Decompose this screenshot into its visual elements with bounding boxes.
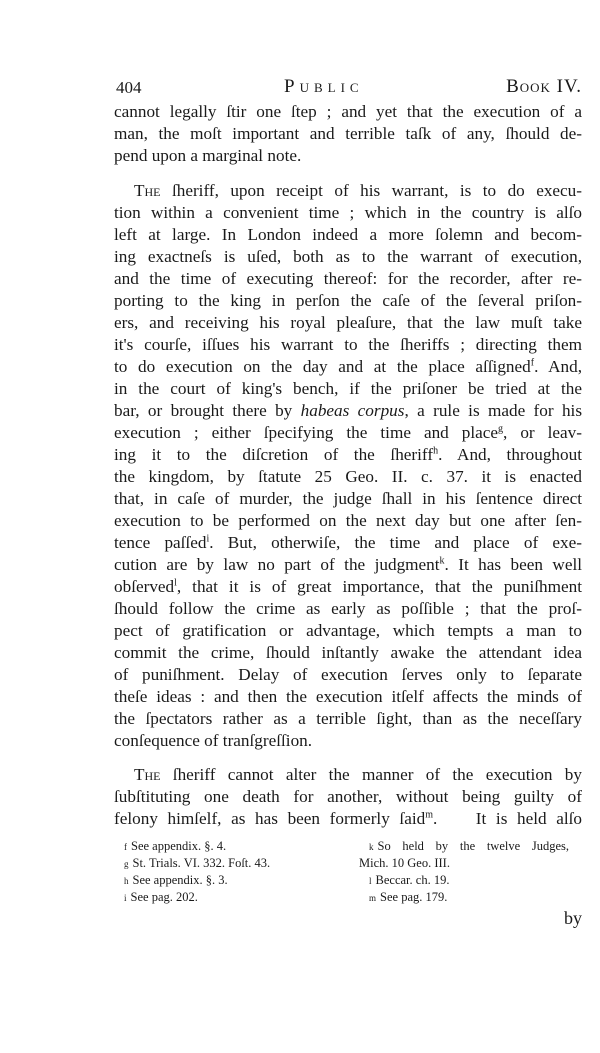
text-line: in the court of king's bench, if the pri… xyxy=(114,378,582,400)
text-line: man, the moſt important and terrible taſ… xyxy=(114,123,582,145)
text-line: pend upon a marginal note. xyxy=(114,145,582,167)
page-number: 404 xyxy=(116,78,142,98)
text-line: theſe ideas : and then the execution itſ… xyxy=(114,686,582,708)
drop-word: The xyxy=(134,765,161,784)
text-line: ing it to the diſcretion of the ſheriffh… xyxy=(114,444,582,466)
text-line: of puniſhment. Delay of execution ſerves… xyxy=(114,664,582,686)
book-label: Book IV. xyxy=(506,76,582,98)
text-line: that, in caſe of murder, the judge ſhall… xyxy=(114,488,582,510)
text-line: ers, and receiving his royal pleaſure, t… xyxy=(114,312,582,334)
footnote: hSee appendix. §. 3. xyxy=(124,872,228,890)
text-line: felony himſelf, as has been formerly ſai… xyxy=(114,808,582,830)
footnote-ref[interactable]: m xyxy=(425,809,433,820)
text-line: commit the crime, ſhould inſtantly awake… xyxy=(114,642,582,664)
running-title: Public xyxy=(284,76,364,98)
text-line: cannot legally ſtir one ſtep ; and yet t… xyxy=(114,101,582,123)
catchword: by xyxy=(564,908,582,929)
footnote: mSee pag. 179. xyxy=(369,889,447,907)
text-line: ſubſtituting one death for another, with… xyxy=(114,786,582,808)
text-line: obſervedl, that it is of great importanc… xyxy=(114,576,582,598)
paragraph-start: The ſheriff, upon receipt of his warrant… xyxy=(134,180,582,202)
text-line: porting to the king in perſon the caſe o… xyxy=(114,290,582,312)
latin-term: habeas corpus xyxy=(301,401,405,420)
footnote: kSo held by the twelve Judges, xyxy=(369,838,569,856)
text-line: execution to be performed on the next da… xyxy=(114,510,582,532)
text-line: the ſpectators rather as a terrible ſigh… xyxy=(114,708,582,730)
footnote: fSee appendix. §. 4. xyxy=(124,838,226,856)
text-line: conſequence of tranſgreſſion. xyxy=(114,730,582,752)
footnote: iSee pag. 202. xyxy=(124,889,198,907)
text-line: ſhould follow the crime as early as poſſ… xyxy=(114,598,582,620)
footnote: gSt. Trials. VI. 332. Foſt. 43. xyxy=(124,855,270,873)
text-line: execution ; either ſpecifying the time a… xyxy=(114,422,582,444)
text-line: bar, or brought there by habeas corpus, … xyxy=(114,400,582,422)
text-line: cution are by law no part of the judgmen… xyxy=(114,554,582,576)
text-line: it's courſe, iſſues his warrant to the ſ… xyxy=(114,334,582,356)
drop-word: The xyxy=(134,181,161,200)
text-line: tion within a convenient time ; which in… xyxy=(114,202,582,224)
text-line: and the time of executing thereof: for t… xyxy=(114,268,582,290)
paragraph-start: The ſheriff cannot alter the manner of t… xyxy=(134,764,582,786)
running-header: 404 Public Book IV. xyxy=(114,76,582,100)
text-line: left at large. In London indeed a more ſ… xyxy=(114,224,582,246)
text-line: tence paſſedi. But, otherwiſe, the time … xyxy=(114,532,582,554)
footnote: Mich. 10 Geo. III. xyxy=(359,855,450,872)
text-line: to do execution on the day and at the pl… xyxy=(114,356,582,378)
text-line: pect of gratification or advantage, whic… xyxy=(114,620,582,642)
footnote: lBeccar. ch. 19. xyxy=(369,872,449,890)
text-line: the kingdom, by ſtatute 25 Geo. II. c. 3… xyxy=(114,466,582,488)
text-line: ing exactneſs is uſed, both as to the wa… xyxy=(114,246,582,268)
